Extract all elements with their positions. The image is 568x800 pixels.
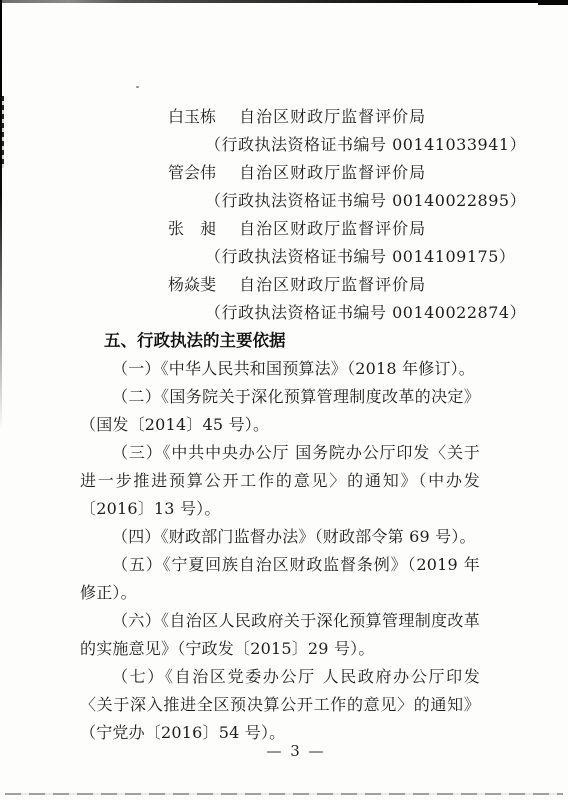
scan-edge-left [0,0,2,430]
certificate-line: （行政执法资格证书编号 00140022874） [80,299,480,327]
scan-edge-top-right-mark [538,0,568,5]
section-heading: 五、行政执法的主要依据 [80,327,480,355]
certificate-line: （行政执法资格证书编号 00141033941） [80,131,480,159]
scanned-document-page: 白玉栋 自治区财政厅监督评价局 （行政执法资格证书编号 00141033941）… [0,0,568,800]
inspector-name-line: 管会伟 自治区财政厅监督评价局 [80,159,480,187]
inspector-org: 自治区财政厅监督评价局 [239,103,426,131]
inspector-org: 自治区财政厅监督评价局 [239,215,426,243]
scan-binding-ticks [0,96,4,168]
inspector-name: 管会伟 [168,159,216,187]
inspector-name: 白玉栋 [168,103,216,131]
certificate-line: （行政执法资格证书编号 0014109175） [80,243,480,271]
inspector-name: 张 昶 [168,215,216,243]
inspector-org: 自治区财政厅监督评价局 [239,271,426,299]
inspector-entry: 张 昶 自治区财政厅监督评价局 （行政执法资格证书编号 0014109175） [80,215,480,271]
inspector-name: 杨焱斐 [168,271,216,299]
scan-edge-top [0,0,568,3]
inspector-entry: 白玉栋 自治区财政厅监督评价局 （行政执法资格证书编号 00141033941） [80,103,480,159]
ink-speck [136,86,139,88]
inspector-org: 自治区财政厅监督评价局 [239,159,426,187]
inspector-name-line: 杨焱斐 自治区财政厅监督评价局 [80,271,480,299]
scan-edge-bottom [5,793,563,795]
page-number: — 3 — [0,742,568,760]
inspector-entry: 杨焱斐 自治区财政厅监督评价局 （行政执法资格证书编号 00140022874） [80,271,480,327]
document-body: 白玉栋 自治区财政厅监督评价局 （行政执法资格证书编号 00141033941）… [80,103,480,747]
certificate-line: （行政执法资格证书编号 00140022895） [80,187,480,215]
inspector-list: 白玉栋 自治区财政厅监督评价局 （行政执法资格证书编号 00141033941）… [80,103,480,327]
legal-item-2: （二）《国务院关于深化预算管理制度改革的决定》（国发〔2014〕45 号）。 [80,383,480,439]
legal-item-3: （三）《中共中央办公厅 国务院办公厅印发〈关于进一步推进预算公开工作的意见〉的通… [80,439,480,523]
inspector-name-line: 张 昶 自治区财政厅监督评价局 [80,215,480,243]
legal-item-7: （七）《自治区党委办公厅 人民政府办公厅印发〈关于深入推进全区预决算公开工作的意… [80,663,480,747]
legal-item-4: （四）《财政部门监督办法》（财政部令第 69 号）。 [80,523,480,551]
legal-item-5: （五）《宁夏回族自治区财政监督条例》（2019 年修正）。 [80,551,480,607]
inspector-entry: 管会伟 自治区财政厅监督评价局 （行政执法资格证书编号 00140022895） [80,159,480,215]
legal-item-6: （六）《自治区人民政府关于深化预算管理制度改革的实施意见》（宁政发〔2015〕2… [80,607,480,663]
legal-item-1: （一）《中华人民共和国预算法》（2018 年修订）。 [80,355,480,383]
inspector-name-line: 白玉栋 自治区财政厅监督评价局 [80,103,480,131]
